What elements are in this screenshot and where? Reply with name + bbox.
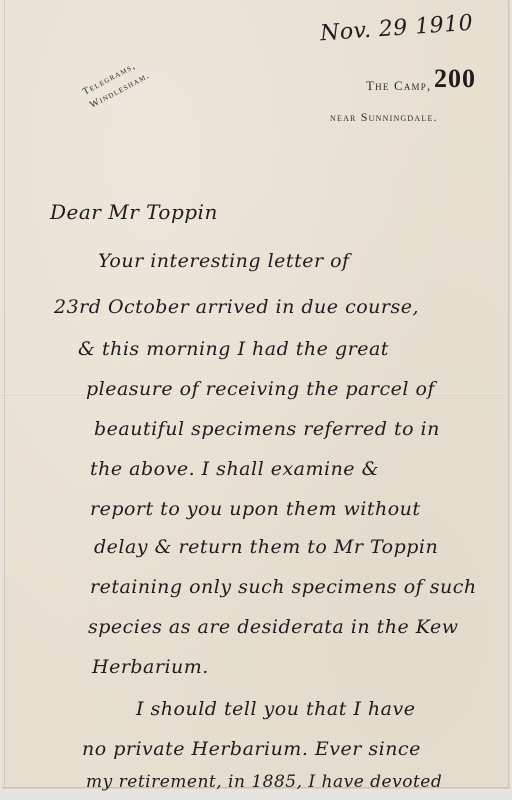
letter-line: the above. I shall examine & [90, 458, 379, 480]
letter-line: report to you upon them without [90, 498, 421, 520]
letter-line: Your interesting letter of [98, 250, 350, 272]
letterhead-telegrams: Telegrams, Windlesham. [80, 55, 153, 113]
letterhead-address-line-1: The Camp, [366, 78, 431, 94]
stamped-folio-number: 200 [434, 64, 476, 94]
handwritten-date: Nov. 29 1910 [319, 11, 474, 47]
letter-line: my retirement, in 1885, I have devoted [86, 772, 442, 792]
letter-line: no private Herbarium. Ever since [82, 738, 421, 760]
letter-line: 23rd October arrived in due course, [54, 296, 419, 318]
letter-line: beautiful specimens referred to in [94, 418, 440, 440]
letter-line: delay & return them to Mr Toppin [94, 536, 438, 558]
salutation: Dear Mr Toppin [50, 200, 218, 224]
letter-line: Herbarium. [92, 656, 209, 678]
letter-line: species as are desiderata in the Kew [88, 616, 458, 638]
letter-page: Telegrams, Windlesham. Nov. 29 1910 The … [2, 0, 509, 788]
letter-line: pleasure of receiving the parcel of [86, 378, 435, 400]
letterhead-address-line-2: near Sunningdale. [330, 110, 438, 125]
letter-line: & this morning I had the great [78, 338, 389, 360]
letter-line: I should tell you that I have [136, 698, 415, 720]
letter-line: retaining only such specimens of such [90, 576, 477, 598]
